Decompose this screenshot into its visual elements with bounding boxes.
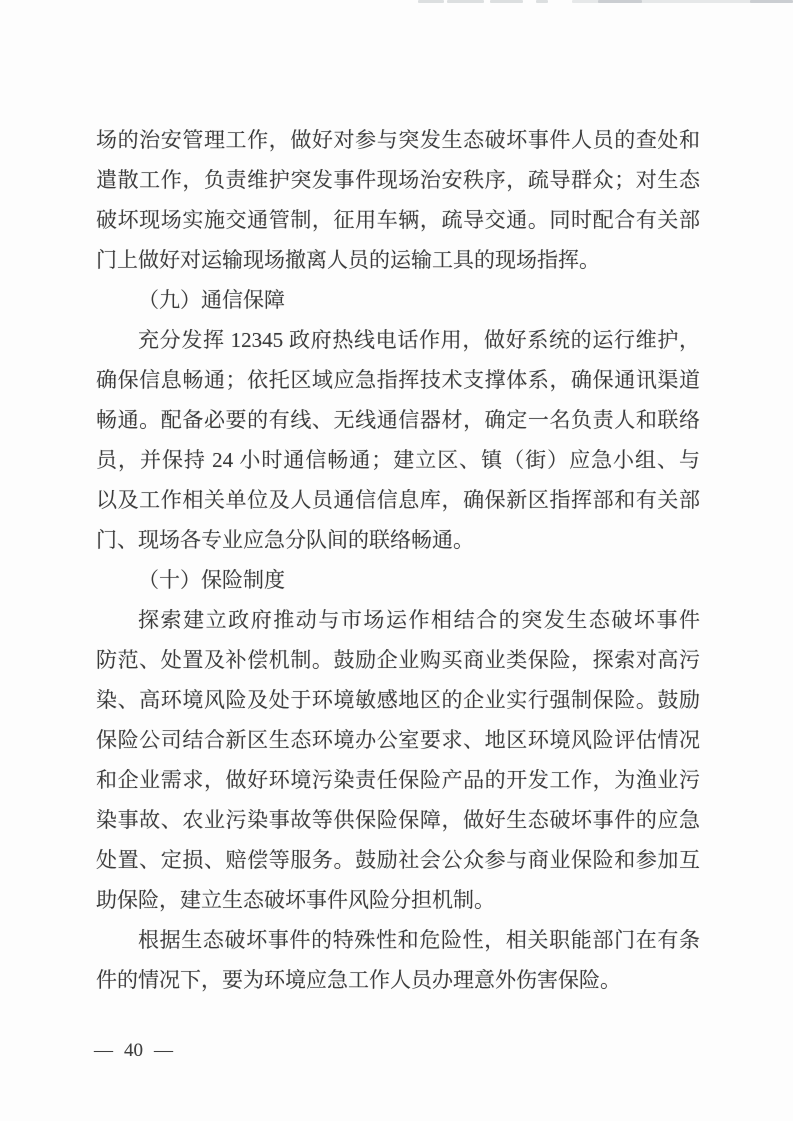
paragraph-line: 确保信息畅通；依托区域应急指挥技术支撑体系，确保通讯渠道 (96, 360, 700, 400)
section-heading-9: （九）通信保障 (96, 280, 700, 320)
scan-artifact (447, 0, 484, 3)
paragraph-line: 探索建立政府推动与市场运作相结合的突发生态破坏事件 (96, 600, 700, 640)
paragraph-line: 处置、定损、赔偿等服务。鼓励社会公众参与商业保险和参加互 (96, 840, 700, 880)
paragraph-line: 畅通。配备必要的有线、无线通信器材，确定一名负责人和联络 (96, 400, 700, 440)
paragraph-line: 保险公司结合新区生态环境办公室要求、地区环境风险评估情况 (96, 720, 700, 760)
paragraph-line: 充分发挥 12345 政府热线电话作用，做好系统的运行维护， (96, 320, 700, 360)
footer-dash: — (94, 1040, 113, 1062)
paragraph-line: 根据生态破坏事件的特殊性和危险性，相关职能部门在有条 (96, 920, 700, 960)
paragraph-line: 件的情况下，要为环境应急工作人员办理意外伤害保险。 (96, 960, 700, 1000)
document-body: 场的治安管理工作，做好对参与突发生态破坏事件人员的查处和 遣散工作，负责维护突发… (96, 120, 700, 1000)
footer-dash: — (154, 1040, 173, 1062)
scan-artifact (750, 0, 793, 3)
paragraph-line: 助保险，建立生态破坏事件风险分担机制。 (96, 880, 700, 920)
scan-artifact (598, 0, 642, 3)
page-number-footer: — 40 — (94, 1040, 173, 1062)
paragraph-line: 染事故、农业污染事故等供保险保障，做好生态破坏事件的应急 (96, 800, 700, 840)
paragraph-line: 遣散工作，负责维护突发事件现场治安秩序，疏导群众；对生态 (96, 160, 700, 200)
paragraph-line: 场的治安管理工作，做好对参与突发生态破坏事件人员的查处和 (96, 120, 700, 160)
paragraph-line: 门、现场各专业应急分队间的联络畅通。 (96, 520, 700, 560)
page-number: 40 (124, 1040, 143, 1062)
paragraph-line: 染、高环境风险及处于环境敏感地区的企业实行强制保险。鼓励 (96, 680, 700, 720)
section-heading-10: （十）保险制度 (96, 560, 700, 600)
scan-artifact (490, 0, 523, 3)
paragraph-line: 以及工作相关单位及人员通信信息库，确保新区指挥部和有关部 (96, 480, 700, 520)
paragraph-line: 门上做好对运输现场撤离人员的运输工具的现场指挥。 (96, 240, 700, 280)
document-page: 场的治安管理工作，做好对参与突发生态破坏事件人员的查处和 遣散工作，负责维护突发… (0, 0, 793, 1121)
paragraph-line: 员，并保持 24 小时通信畅通；建立区、镇（街）应急小组、与 (96, 440, 700, 480)
paragraph-line: 防范、处置及补偿机制。鼓励企业购买商业类保险，探索对高污 (96, 640, 700, 680)
paragraph-line: 破坏现场实施交通管制，征用车辆，疏导交通。同时配合有关部 (96, 200, 700, 240)
paragraph-line: 和企业需求，做好环境污染责任保险产品的开发工作，为渔业污 (96, 760, 700, 800)
scan-artifact (418, 0, 444, 3)
scan-artifact (536, 0, 548, 3)
